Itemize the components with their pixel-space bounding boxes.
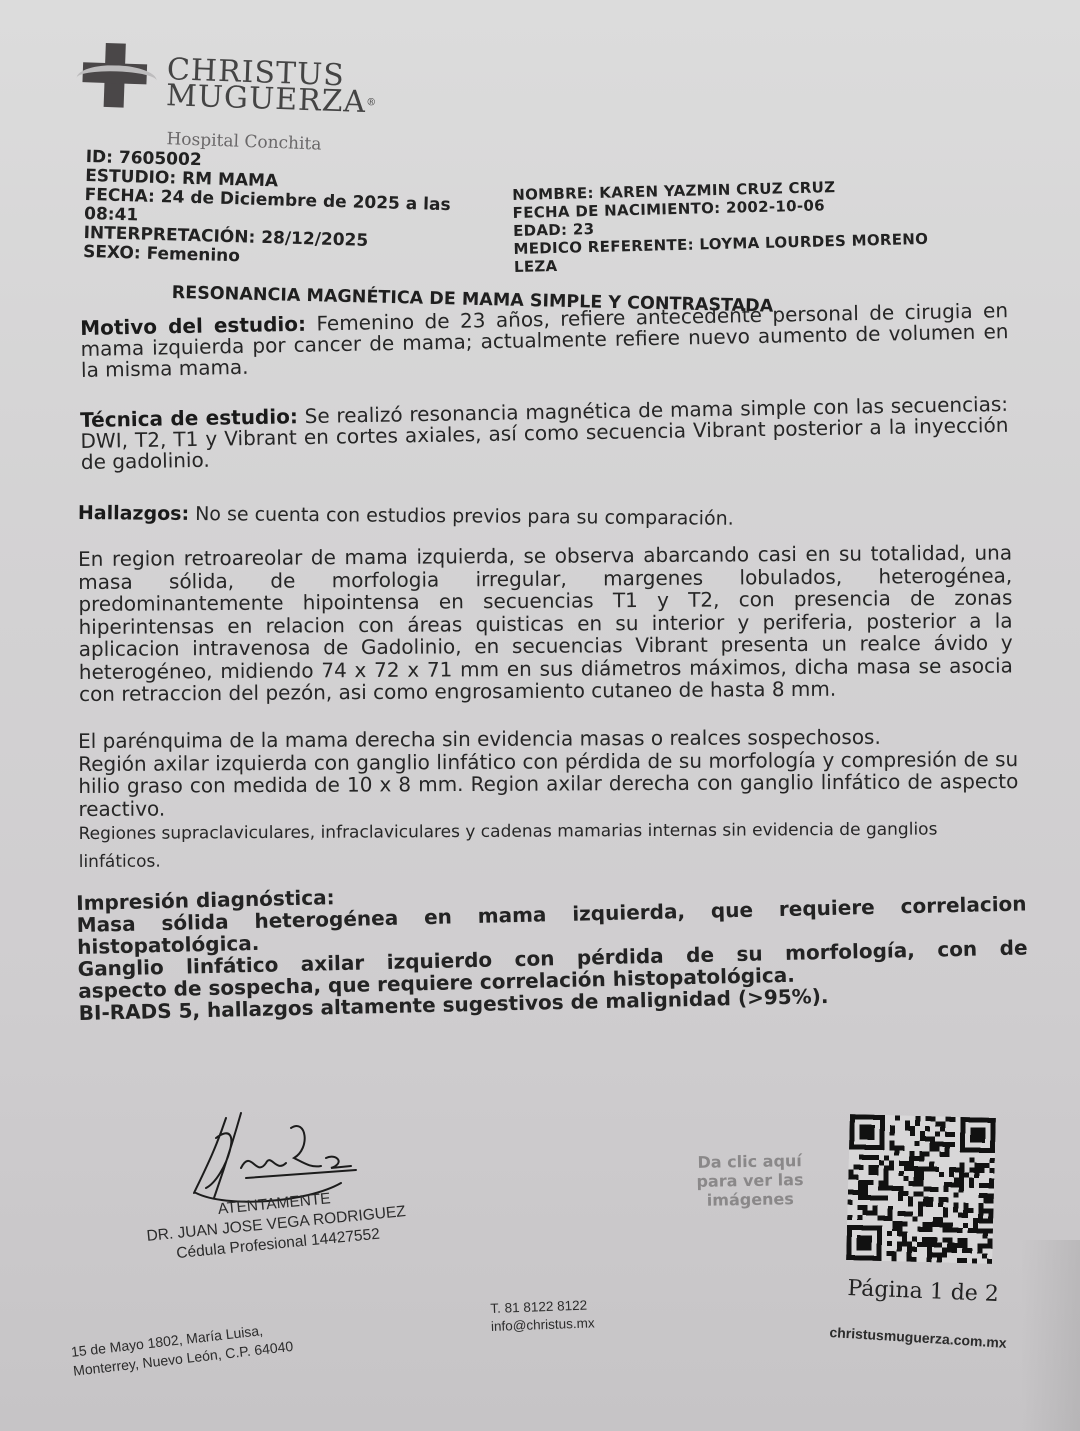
brand-name: CHRISTUS MUGUERZA® bbox=[166, 57, 379, 116]
hallazgos-label: Hallazgos: bbox=[78, 502, 189, 525]
finding-paragraphs: El parénquima de la mama derecha sin evi… bbox=[78, 725, 1019, 876]
section-impresion: Impresión diagnóstica: Masa sólida heter… bbox=[76, 870, 1029, 1024]
view-images-link[interactable]: Da clic aquí para ver las imágenes bbox=[680, 1151, 821, 1210]
qr-code-icon[interactable] bbox=[846, 1114, 996, 1264]
view-images-line-2: para ver las bbox=[680, 1170, 820, 1191]
view-images-line-3: imágenes bbox=[680, 1189, 820, 1210]
email-link[interactable]: info@christus.mx bbox=[491, 1314, 595, 1336]
study-info: ID: 7605002 ESTUDIO: RM MAMA FECHA: 24 d… bbox=[83, 148, 452, 272]
finding-axillary: Región axilar izquierda con ganglio linf… bbox=[78, 748, 1018, 820]
patient-info: NOMBRE: KAREN YAZMIN CRUZ CRUZ FECHA DE … bbox=[512, 176, 929, 276]
finding-regional-nodes: Regiones supraclaviculares, infraclavicu… bbox=[78, 815, 1018, 876]
brand-line-2: MUGUERZA bbox=[165, 78, 366, 120]
page-shadow bbox=[1020, 1240, 1080, 1431]
finding-paragraph-mass: En region retroareolar de mama izquierda… bbox=[78, 541, 1013, 705]
cross-logo-icon bbox=[82, 42, 148, 108]
contact-info: T. 81 8122 8122 info@christus.mx bbox=[490, 1296, 595, 1336]
registered-mark: ® bbox=[366, 97, 377, 108]
view-images-line-1: Da clic aquí bbox=[680, 1151, 820, 1172]
